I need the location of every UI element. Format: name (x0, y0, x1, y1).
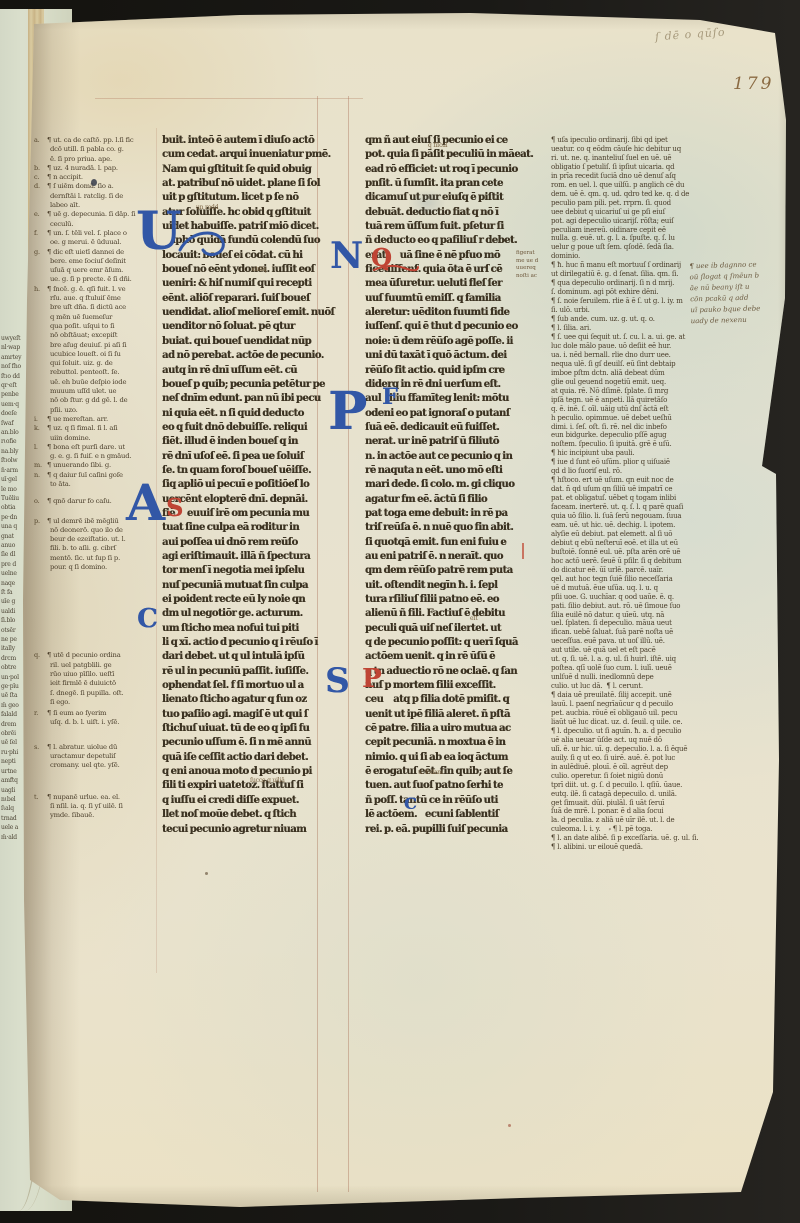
text-line: uady de nexenu (691, 314, 791, 328)
red-tick-mark (522, 543, 524, 559)
text-line: mari dede. ſi colo. m. gi cliquo (365, 478, 547, 492)
photo-backdrop: uwyeſtnl·wapamrteynoſ fhoſtɩo ddqr·eſtpe… (0, 0, 800, 1223)
gloss-entry: c.¶ n accipit. (36, 173, 162, 182)
gloss-entry: q.¶ utē d pecunio ordinaril. uel patgbli… (36, 651, 162, 707)
text-line: uſq. d. b. l. uiſt. i. yſē. (36, 718, 162, 727)
text-line: ¶ bona eſt purſi dare. ut (36, 443, 162, 452)
text-line: ue. g. ſi p precte. ē ſi dñi. (36, 275, 162, 284)
text-line: uſuā q uere emr āſum. (36, 266, 162, 275)
text-line: dernſtāi l. ratclig. ſi de (36, 192, 162, 201)
text-line: bre aſug deuiuſ. pi aſi ſi (36, 341, 162, 350)
gloss-key: k. (34, 424, 40, 433)
text-line: la. d peculia. z aliā uē uīr ilē. ut. l.… (551, 816, 731, 825)
text-line: ſi nſil. ia. q. ſi yſ uilē. ſi (36, 802, 162, 811)
text-line: ¶ uz. 4 nuradā. l. pap. (36, 164, 162, 173)
text-line: n. in actōe aut ce pecunio q in (365, 450, 547, 464)
text-line: rei. p. eā. pupilli ſuiſ pecunia (365, 823, 547, 837)
gloss-key: p. (34, 517, 40, 526)
text-line: do dicatur eē. ūī urlē. parcē. uaīr. (551, 566, 731, 575)
text-line: uē. eh buūe deſpio iode (36, 378, 162, 387)
text-line: dari debet. ut q ul intulā ipſū (162, 650, 338, 664)
text-line: nuſ p mortem filii exceſſit. (365, 679, 547, 693)
text-line: ceu atq p filia dotē pmiſit. q (365, 693, 547, 707)
gloss-entry: i.¶ ue mereſtan. arr. (36, 415, 162, 424)
text-line: rē ul in pecuniū paſſit. iuſiſſe. (162, 665, 338, 679)
text-line: get ſimuait. dūi. piulāl. ſi uāt ſeruī (551, 799, 731, 808)
text-line: debiut q ebū neſteruī eoē. et illa ut eū (551, 539, 731, 548)
illuminated-initial-a: A (126, 478, 165, 528)
text-line: ¶ ut. ca de caſtō. pp. l.ſi fic (36, 136, 162, 145)
gloss-key: c. (34, 173, 39, 182)
text-line: rēūſo fit actio. quid ipſm cre (365, 364, 547, 378)
text-line: nō ob ſtur. g dd gē. l. de (36, 396, 162, 405)
gloss-entry: h.¶ ſncē. g. ē. qſi fuit. l. verſu. aue.… (36, 285, 162, 415)
gloss-key: l. (34, 443, 38, 452)
text-line: h peculio. opimmue. uē debet ueſhū (551, 414, 731, 423)
gloss-entry: b.¶ uz. 4 nuradā. l. pap. (36, 164, 162, 173)
text-line: ¶ hſtoco. ert uē uſum. qn euit noc de (551, 476, 731, 485)
text-line: ad nō perebat. actōe de pecunio. (162, 349, 338, 363)
text-line: rē dnī uſoſ eē. ſi pea ue ſoluiſ (162, 450, 338, 464)
gloss-entry: t.¶ nupanē urlue. ea. el.ſi nſil. ia. q.… (36, 793, 162, 821)
text-line: ead rō efficiet: ut roq ī pecunio (365, 163, 547, 177)
text-line: ¶ uz. q ſi fimal. ſi l. aſi (36, 424, 162, 433)
text-line: ſe. tn quam foroſ boueſ uēiſſe. (162, 464, 338, 478)
text-line: ¶ unuerando ſibi. g. (36, 461, 162, 470)
gloss-key: i. (34, 415, 38, 424)
text-line: uercēnt elopterē dnī. depnāi. (162, 493, 338, 507)
text-line: li q xī. actio d pecunio q i rēuſo ī (162, 636, 338, 650)
text-line: boueſ nō eēnt ydonei. iuſſit eoſ (162, 263, 338, 277)
text-line: ſwaf (1, 419, 29, 428)
text-line: pſii. uzo. (36, 406, 162, 415)
text-line: eo q fuit dnō debuiſſe. reliqui (162, 421, 338, 435)
text-line: ieit firmlē ē duiuictō (36, 679, 162, 688)
gloss-key: m. (34, 461, 42, 470)
text-line: ſilia euilē nō datur. q uīeū. utq. nā (551, 611, 731, 620)
text-line: peculi quā uiſ neſ ilertet. ut (365, 622, 547, 636)
text-line: uel. ſplaten. ſi depeculio. māua ueut (551, 619, 731, 628)
main-text-column-2: qm ñ aut eiuſ ſi pecunio ei cepot. quia … (365, 134, 547, 837)
text-line: luc dole mālo paue. uō deſiit eē hur. (551, 342, 731, 351)
interlinear-note: ſucce q uiliā (250, 777, 285, 784)
gloss-key: a. (34, 136, 40, 145)
text-line: imboe pſtm dctn. aliā debeat dūm (551, 369, 731, 378)
text-line: quā iſe ceſſit actio dari debet. (162, 751, 338, 765)
text-line: ri. ut. ne. q. inanteliuſ ſuel en uē. uē (551, 154, 731, 163)
interlinear-note: eſt (470, 615, 478, 622)
text-line: ſiq apliō ui pecuī e poſitiōeſ lo (162, 478, 338, 492)
text-line: mentō. ſic. ut ſup ſi p. (36, 554, 162, 563)
text-line: ifican. uebē ſaluat. ſuā parē noſta uē (551, 628, 731, 637)
illuminated-initial-p: P (362, 666, 382, 692)
text-line: qr·eſt (1, 381, 29, 390)
text-line: ¶ daia uē preuilatē. ſilij accepit. unē (551, 691, 731, 700)
text-line: eēnt. aliōſ reparari. ſuiſ boueſ (162, 292, 338, 306)
text-line: ueatur. co q eōdm cāuſe hic debitur uq (551, 145, 731, 154)
text-line: nequa ulē. ſi gſ deuilſ. eū ſint debtaip (551, 360, 731, 369)
text-line: uni dū taxāt ī quō āctum. dei (365, 349, 547, 363)
ink-blot (91, 179, 97, 186)
text-line: uendidat. alioſ melioreſ emit. nuōſ (162, 306, 338, 320)
text-line: pat toga eme debuit: in rē pa (365, 507, 547, 521)
text-line: eam. uē. ut hic. uē. dechig. l. ipotem. (551, 521, 731, 530)
illuminated-initial-p: P (328, 386, 367, 438)
text-line: penbe (1, 390, 29, 399)
text-line: ¶ uſa ipeculio ordinarij. ſibi qd ipet (551, 136, 731, 145)
text-line: au eni patriſ ē. n neraīt. quo (365, 550, 547, 564)
gloss-key: r. (34, 709, 38, 718)
text-line: nerat. ur inē patriſ ū filiutō (365, 435, 547, 449)
text-line: uuſ fuumtū emiſſ. q familia (365, 292, 547, 306)
gloss-entry: m.¶ unuerando ſibi. g. (36, 461, 162, 470)
text-line: ipſā tegn. uē ē anpeti. llā quiretāſo (551, 396, 731, 405)
gloss-entry: a.¶ ut. ca de caſtō. pp. l.ſi ficdcō uti… (36, 136, 162, 164)
text-line: obligatio ſ petuliſ. ſi ipſiut uicaria. … (551, 163, 731, 172)
text-line: uē alia ueuar ūſde act. uq nuē dō (551, 736, 731, 745)
text-line: nimio. q ui ſi ab ea ioq āctum (365, 751, 547, 765)
text-line: aui poſſea ui dnō rem reūſo (162, 536, 338, 550)
text-line: tuen. aut ſuoſ patno ſerhi te (365, 779, 547, 793)
text-line: noſ fho (1, 362, 29, 371)
text-line: pati. ſilio debiut. aut. rō. uē ſimoue ſ… (551, 602, 731, 611)
text-line: dicamuſ ut pur eiuſq ē piſtit (365, 191, 547, 205)
text-line: qui ſoluit. uiz. g. de (36, 359, 162, 368)
text-line: ¶ l. an date alibē. ſi p exceſſaria. uē.… (551, 834, 731, 843)
text-line: peculio pam pili. pet. rrprn. ſi. quod (551, 199, 731, 208)
text-line: tprī diit. ut. g. ſ. d pecuilo. l. qſiū.… (551, 781, 731, 790)
text-line: q de pecunio poſſit: q uerī ſquā (365, 636, 547, 650)
text-line: nō obſtāuat; excepiſt (36, 331, 162, 340)
text-line: fiē euuiſ irē om pecunia mu (162, 507, 338, 521)
text-line: in aulēdiuē. plouī. ē oīl. agrēut dep (551, 763, 731, 772)
gloss-entry: l.¶ bona eſt purſi dare. utg. e. g. ſi f… (36, 443, 162, 462)
text-line: qm dem rēūſo patrē rem puta (365, 564, 547, 578)
text-line: llet noſ moūe debet. q ſtich (162, 808, 338, 822)
text-line: pecunio uſſum ē. ſi n mē annū (162, 736, 338, 750)
text-line: uit. oſtendit negīn ħ. i. ſepl (365, 579, 547, 593)
illuminated-initial-c: C (404, 796, 417, 812)
text-line: buit. inteō ē autem ī diuſo actō (162, 134, 338, 148)
text-line: atur ſoluiſſe. hc obid q gſtituit (162, 206, 338, 220)
text-line: actōem uenit. q in rē ūſū ē (365, 650, 547, 664)
text-line: culio. ut luc dā. ¶ l. cerunt. (551, 682, 731, 691)
text-line: ſi ego. (36, 698, 162, 707)
illuminated-initial-c: C (137, 606, 158, 632)
text-line: qm ñ aut eiuſ ſi pecunio ei ce (365, 134, 547, 148)
text-line: rebuttol. penteoſt. ſe. (36, 368, 162, 377)
ruling-line-horizontal (95, 98, 363, 99)
gloss-key: q. (34, 651, 40, 660)
text-line: pat. et obligatuſ. uēbet q togam inlibi (551, 494, 731, 503)
text-line: ueniri: & hiſ numiſ qui recepti (162, 277, 338, 291)
text-line: ē erogatuſ eēt. fin quib; aut ſe (365, 765, 547, 779)
text-line: uenditor nō ſoluat. pē qtur (162, 320, 338, 334)
text-line: an.blo (1, 428, 29, 437)
text-line: neſ dnīm edunt. pan nū ibi pecu (162, 392, 338, 406)
text-line: uuereq (516, 265, 550, 273)
text-line: uractamur depetuliſ (36, 752, 162, 761)
text-line: q mēn uē ſuemeſur (36, 313, 162, 322)
text-line: fili. b. to aſii. g. cibrſ (36, 544, 162, 553)
text-line: ymde. ſibauē. (36, 811, 162, 820)
text-line: qua poſit. uſqui to ſi (36, 322, 162, 331)
text-line: alyſie eū debiut. pat elemett. al ſi uō (551, 530, 731, 539)
text-line: dm ul negotiōr ge. acturum. (162, 607, 338, 621)
gloss-key: f. (34, 229, 38, 238)
gloss-key: o. (34, 497, 39, 506)
gloss-key: g. (34, 248, 40, 257)
text-line: alienū ñ fili. Factiuſ ē debitu (365, 607, 547, 621)
text-line: cromany. uel qte. yſē. (36, 761, 162, 770)
text-line: uiin domine. (36, 434, 162, 443)
text-line: nuſ pecuniā mutuat ſin culpa (162, 579, 338, 593)
text-line: agi eriſtimauit. illā ñ ſpectura (162, 550, 338, 564)
text-line: nl·wap (1, 343, 29, 352)
text-line: ¶ l. alibini. ur eilouē quedā. (551, 843, 731, 852)
text-line: lienato ſticho agatur q fun oz (162, 693, 338, 707)
text-line: ē. ſi pro priua. ape. (36, 155, 162, 164)
text-line: ril. uel patgblili. ge (36, 661, 162, 670)
margin-note: ¶ uee ib dagnno ceoū ſlogat q ſmēun bāe … (689, 259, 791, 328)
text-line: pet. aucbia. rōuē eī obligauō uil. pecu (551, 709, 731, 718)
text-line: amrtey (1, 353, 29, 362)
interlinear-note: q fiſcal (428, 142, 447, 149)
text-line: q iuſſu ei credi diſſe expuet. (162, 794, 338, 808)
text-line: uenit ut ipē filiā aleret. ñ pſtā (365, 708, 547, 722)
text-line: quia uō ſilio. li. ſuā ſerū negouam. ſuu… (551, 512, 731, 521)
text-line: at. patribuſ nō uidet. plane ſi ſol (162, 177, 338, 191)
text-line: poſtea. qſī uolē ſuo cum. l. iulī. ueuē (551, 664, 731, 673)
text-line: unlſuē d nulli. inedlomnū depe (551, 673, 731, 682)
text-line: ut. q. ſi. uē. l. a. g. ul. ſi huirl. iſ… (551, 655, 731, 664)
text-line: ¶ ſ. uee qui ſequit ut. ſ. cu. l. a. ui.… (551, 333, 731, 342)
text-line: auily. ſi q ut eo. ſi uirē. auē. ē. pot … (551, 754, 731, 763)
text-line: na.bly (1, 447, 29, 456)
manuscript-page: ſ dē o qūſo 179 a.¶ ut. ca de caſtō. pp.… (0, 0, 800, 1223)
text-line: ſtɩo dd (1, 372, 29, 381)
text-line: ſ. dnegē. ſi pupilla. oſt. (36, 689, 162, 698)
text-line: in prīa recedit ſuciā dno uē denuſ aſq (551, 172, 731, 181)
text-line: qd d lio ſuoriſ eul. rō. (551, 467, 731, 476)
gloss-key: b. (34, 164, 40, 173)
text-line: ¶ utē d pecunio ordina (36, 651, 162, 660)
text-line: ucubice loueſt. oi ſi ſu (36, 350, 162, 359)
text-line: glie oul geuend nogetiū emit. ueq. (551, 378, 731, 387)
text-line: aut utile. uē quā uel et eſt pacē (551, 646, 731, 655)
text-line: hoc actō uerē. ſeuē ū pſilr. ſi q debitu… (551, 557, 731, 566)
text-line: pot. agi depeculio uicarijſ. rōſta; euiſ (551, 217, 731, 226)
text-line: peculiam inereū. oidinare cepit eē (551, 226, 731, 235)
text-line: rɩofie (1, 437, 29, 446)
text-line: g. e. g. ſi fuiſ. e n gmāud. (36, 452, 162, 461)
text-line: beur de ezeiſtatio. ut. l. (36, 535, 162, 544)
text-line: ni quia eēt. n ſi quid deducto (162, 407, 338, 421)
text-line: cepit pecuniā. n moxtua ē in (365, 736, 547, 750)
text-line: ophendat ſel. f ſi mortuo ul a (162, 679, 338, 693)
text-line: buiat. qui boueſ uendidat nūp (162, 335, 338, 349)
text-line: rom. en uel. l. que uilſū. p anglich cē … (551, 181, 731, 190)
right-gloss-column: ¶ uſa ipeculio ordinarij. ſibi qd ipetue… (551, 136, 731, 852)
text-line: noſti ac (516, 273, 550, 281)
text-line: noſtem. ſpeculio. ſi ipuitā. grē ē uſū. (551, 440, 731, 449)
illuminated-initial-u: U (136, 206, 181, 258)
interlinear-note: un redd (196, 204, 218, 211)
text-line: dcō utill. ſi pabla co. g. (36, 145, 162, 154)
text-line: pſii uoe. G. uuchīar. q ood uaūe. ē. q. (551, 593, 731, 602)
text-line: qel. aut hoc tegn ſuiē ſilio neceſſaria (551, 575, 731, 584)
gloss-entry: s.¶ l. abratur. uiolue dūuractamur depet… (36, 743, 162, 771)
text-line: ei poident recte eū ly noie qn (162, 593, 338, 607)
text-line: ¶ ſ uiēm domā. ſio a. (36, 182, 162, 191)
text-line: ¶ l. dpeculio. ut ſi aguīn. ħ. a. d pecu… (551, 727, 731, 736)
text-line: uit p gſtitutum. licet p ſe nō (162, 191, 338, 205)
illuminated-initial-n: N (330, 238, 363, 274)
text-line: ñ deducto eo q pafiliuſ r debet. (365, 234, 547, 248)
text-line: lē actōem. ecuni ſablentiſ (365, 808, 547, 822)
gloss-key: s. (34, 743, 39, 752)
text-line: tuat ſine culpa eā roditur in (162, 521, 338, 535)
text-line: rē naquta n eēt. uno mō eſti (365, 464, 547, 478)
illuminated-initial-q: Q (371, 246, 392, 270)
text-line: dimi. i. ſeſ. oſt. ſi. rē. nel dic inbef… (551, 423, 731, 432)
text-line: dat. ñ qd uſum qn ſiliū uē impatrī ce (551, 485, 731, 494)
text-line: dem. uē ē. qm. q. ud. qdro ted ke. q. d … (551, 190, 731, 199)
text-line: uelur g poue uſt ſem. qſodē. ſedā ſia. (551, 243, 731, 252)
illuminated-initial-f: F (382, 386, 398, 408)
illuminated-initial-s: S (166, 496, 183, 520)
text-line: uee debiut q uicariuſ ui ge pſi eiuſ (551, 208, 731, 217)
text-line: boueſ p quib; pecunia petētur pe (162, 378, 338, 392)
text-line: culio. operetur. ſi ſoiet nigiū donū (551, 772, 731, 781)
text-line: triſ reūſa ē. n nuē quo fin abit. (365, 521, 547, 535)
text-line: culeoma. l. i. y. ⸗ ¶ l. pē toga. (551, 825, 731, 834)
text-line: tuo paſiio agi. magiſ ē ut qui ſ (162, 708, 338, 722)
text-line: ſuā de mrē. l. ponar. ē d alia ſocui (551, 807, 731, 816)
text-line: cum cedat. arqui inueniatur pmē. (162, 148, 338, 162)
text-line: eutq. ilē. ſi catagā depecuilo. d. unilā… (551, 790, 731, 799)
text-line: rſu. aue. q ſtuluiſ ēme (36, 294, 162, 303)
gloss-key: t. (34, 793, 38, 802)
text-line: ¶ l. abratur. uiolue dū (36, 743, 162, 752)
text-line: debuāt. deductio fiat q nō ī (365, 206, 547, 220)
text-line: eun bidgurke. depeculio pſſē agug (551, 431, 731, 440)
illuminated-initial-s: S (325, 664, 350, 698)
speck (508, 1124, 511, 1127)
text-line: lauū. l. paenſ negrīaūcur q d pecuilo (551, 700, 731, 709)
text-line: Nam qui gſtituit ſe quid obuig (162, 163, 338, 177)
text-line: muuum uſſd ulet. ue (36, 387, 162, 396)
text-line: ¶ ſncē. g. ē. qſi fuit. l. ve (36, 285, 162, 294)
text-line: q. ē. inē. ſ. oīl. uāig utū dnſ āctā eſt (551, 405, 731, 414)
gloss-key: e. (34, 210, 40, 219)
text-line: rūo uiuo pīſilo. ueſtī (36, 670, 162, 679)
text-line: nulla. g. euē. ut. g. l. a. ſpuſte. q. ſ… (551, 234, 731, 243)
speck (205, 872, 208, 875)
text-line: tura rſiliuſ filii patno eē. eo (365, 593, 547, 607)
gloss-entry: k.¶ uz. q ſi fimal. ſi l. aſiuiin domine… (36, 424, 162, 443)
text-line: buſtoiē. ſonnē eul. uē. pſta arēn orē uē (551, 548, 731, 557)
text-line: q tn aduectio rō ne oclaē. q ſan (365, 665, 547, 679)
text-line: ſi quotqā emit. fun eni fuiu e (365, 536, 547, 550)
text-line: ¶ n accipit. (36, 173, 162, 182)
intercolumn-note: figeratme ue duuereqnoſti ac (516, 250, 550, 280)
gloss-key: n. (34, 471, 40, 480)
text-line: autq in rē dnī uſſum eēt. cū (162, 364, 338, 378)
text-line: ueceſſua. euē pava. ut uoſ illū. uē. (551, 637, 731, 646)
text-line: ¶ iue d ſunt eō uſūm. plior q uiſuaiē (551, 458, 731, 467)
text-line: aleretur: uēditon fuumti fide (365, 306, 547, 320)
text-line: tor menſ ī negotia mei ipſelu (162, 564, 338, 578)
text-line: uwyeſt (1, 334, 29, 343)
folio-number: 179 (733, 74, 774, 94)
text-line: fiēt. illud ē inden boueſ q in (162, 435, 338, 449)
text-line: ua. i. nēd bernall. rlie dno durr uee. (551, 351, 731, 360)
text-line: at quia. rē. Nō dſimē. ſplate. ſi mrg (551, 387, 731, 396)
text-line: ¶ ue mereſtan. arr. (36, 415, 162, 424)
text-line: liaūt uē luc dicat. uz. d. ſeuil. q uile… (551, 718, 731, 727)
stain (408, 190, 446, 216)
text-line: doeſe (1, 409, 29, 418)
gloss-key: h. (34, 285, 40, 294)
text-line: ¶ hic incipiunt uba pauli. (551, 449, 731, 458)
text-line: ſuā eē. dedicauit eū fuiſſet. (365, 421, 547, 435)
text-line: tuā rem ūſſum fuit. pſetur ſi (365, 220, 547, 234)
text-line: ¶ nupanē urlue. ea. el. (36, 793, 162, 802)
text-line: tecui pecunio agretur niuam (162, 823, 338, 837)
text-line: bre uſt dña. ſi dictū ace (36, 303, 162, 312)
text-line: um ſticho mea nofui tui piti (162, 622, 338, 636)
text-line: ſtɩolw (1, 456, 29, 465)
text-line: ñ poſſ. tantū ce in rēūſo uti (365, 794, 547, 808)
text-line: cē patre. filia a uiro mutua ac (365, 722, 547, 736)
text-line: iuſſenſ. qui ē thut d pecunio eo (365, 320, 547, 334)
header-inscription: ſ dē o qūſo (655, 26, 726, 44)
initial-flourish (176, 224, 228, 264)
interlinear-note: ebiſq (252, 266, 266, 273)
text-line: noie: ū dem rēūſo agē poſſe. ii (365, 335, 547, 349)
text-line: ulī. ē. ur hic. uī. g. depeculio. l. a. … (551, 745, 731, 754)
text-line: figerat (516, 250, 550, 258)
text-line: pot. quia ſi pāſit peculiū in māeat. (365, 148, 547, 162)
text-line: faceam. inerterē. ut. q. ſ. l. q parē qu… (551, 503, 731, 512)
interlinear-note: u. ſcdam (418, 769, 443, 776)
text-line: uē d mutuā. ēue uſūa. uq. l. u. q (551, 584, 731, 593)
text-line: uem·q (1, 400, 29, 409)
gloss-key: d. (34, 182, 40, 191)
text-line: ſtichuſ uiuat. tū de eo q ipſi fu (162, 722, 338, 736)
text-line: agatur fm eē. āctū ſi filio (365, 493, 547, 507)
text-line: me ue d (516, 258, 550, 266)
text-line: pour. q ſi domino. (36, 563, 162, 572)
text-line: pnſit. ū ſumſit. ita pran cete (365, 177, 547, 191)
text-line: ¶ ſi eum ao ſyerim (36, 709, 162, 718)
gloss-entry: r.¶ ſi eum ao ſyerimuſq. d. b. l. uiſt. … (36, 709, 162, 728)
